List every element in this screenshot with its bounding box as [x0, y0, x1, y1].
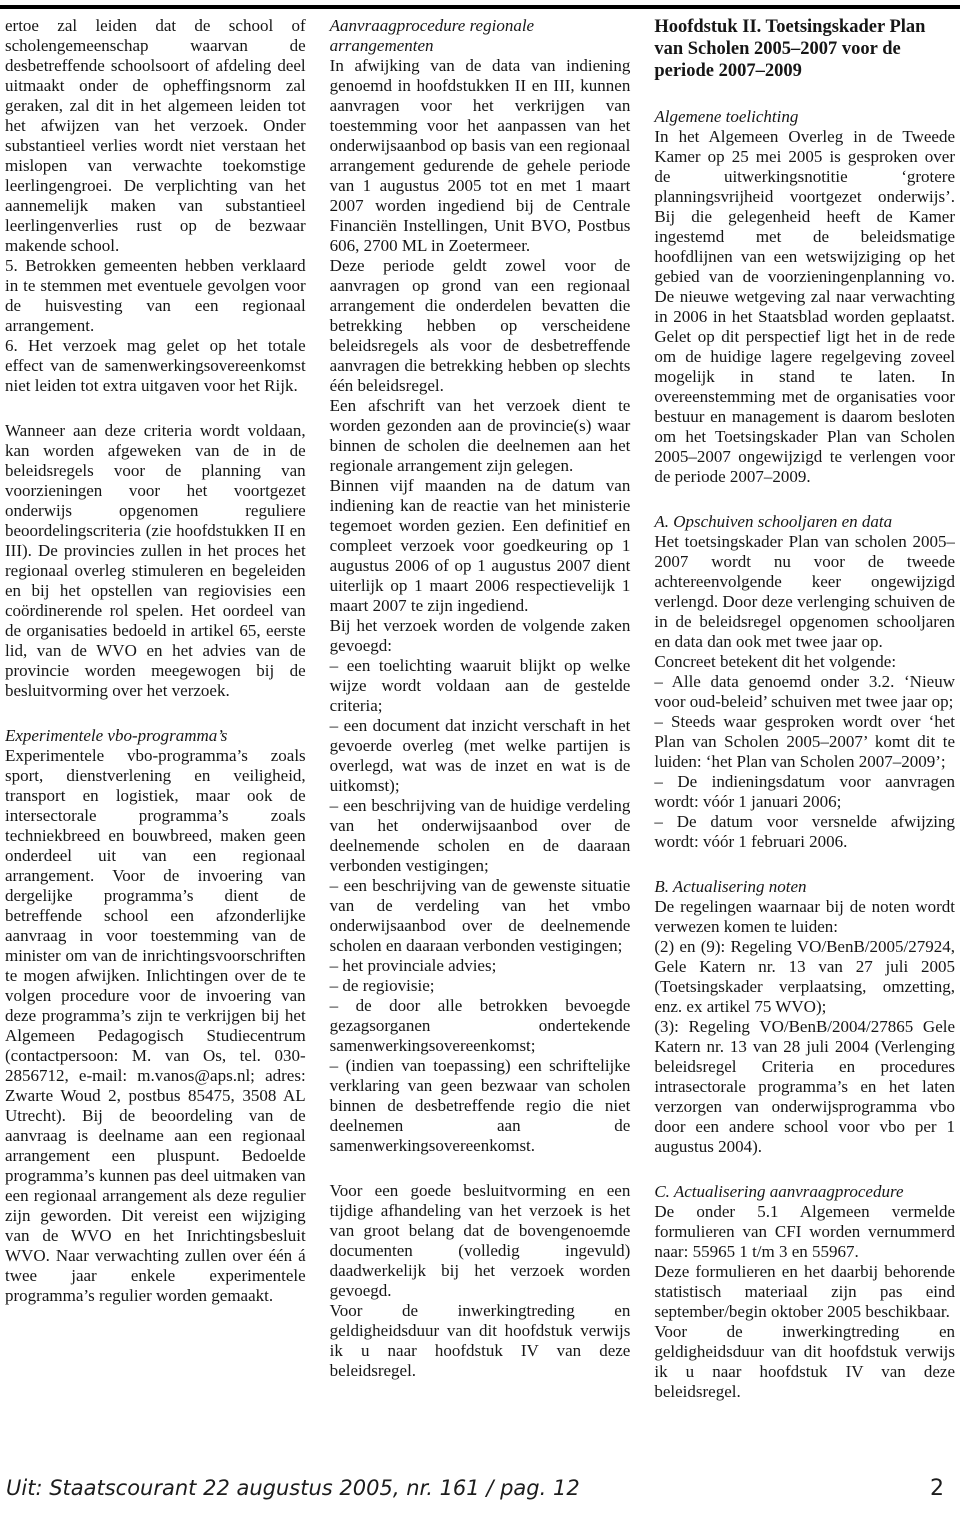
paragraph: 5. Betrokken gemeenten hebben verklaard … — [5, 256, 306, 336]
paragraph: Voor de inwerkingtreding en geldigheidsd… — [330, 1301, 631, 1381]
paragraph: In het Algemeen Overleg in de Tweede Kam… — [654, 127, 955, 487]
section-heading: C. Actualisering aanvraagprocedure — [654, 1182, 955, 1202]
paragraph-gap — [654, 487, 955, 512]
paragraph: (2) en (9): Regeling VO/BenB/2005/27924,… — [654, 937, 955, 1017]
paragraph: Deze periode geldt zowel voor de aanvrag… — [330, 256, 631, 396]
paragraph: Voor een goede besluitvorming en een tij… — [330, 1181, 631, 1301]
paragraph: – Alle data genoemd onder 3.2. ‘Nieuw vo… — [654, 672, 955, 712]
paragraph: De regelingen waarnaar bij de noten word… — [654, 897, 955, 937]
section-heading: B. Actualisering noten — [654, 877, 955, 897]
paragraph: – Steeds waar gesproken wordt over ‘het … — [654, 712, 955, 772]
paragraph-gap — [654, 852, 955, 877]
paragraph: Voor de inwerkingtreding en geldigheidsd… — [654, 1322, 955, 1402]
paragraph: – een toelichting waaruit blijkt op welk… — [330, 656, 631, 716]
paragraph: – een beschrijving van de huidige verdel… — [330, 796, 631, 876]
paragraph: – de regiovisie; — [330, 976, 631, 996]
paragraph-gap — [654, 82, 955, 107]
paragraph: Concreet betekent dit het volgende: — [654, 652, 955, 672]
paragraph: Een afschrift van het verzoek dient te w… — [330, 396, 631, 476]
paragraph-gap — [5, 701, 306, 726]
section-heading: Experimentele vbo-programma’s — [5, 726, 306, 746]
section-heading: A. Opschuiven schooljaren en data — [654, 512, 955, 532]
paragraph: 6. Het verzoek mag gelet op het totale e… — [5, 336, 306, 396]
section-heading: Algemene toelichting — [654, 107, 955, 127]
page-number: 2 — [930, 1476, 944, 1501]
footer-source-line: Uit: Staatscourant 22 augustus 2005, nr.… — [6, 1476, 580, 1500]
paragraph: Het toetsingskader Plan van scholen 2005… — [654, 532, 955, 652]
column-right: Hoofdstuk II. Toetsingskader Plan van Sc… — [654, 16, 955, 1445]
paragraph: Experimentele vbo-programma’s zoals spor… — [5, 746, 306, 1306]
paragraph-gap — [330, 1156, 631, 1181]
text-columns: ertoe zal leiden dat de school of schole… — [5, 16, 955, 1445]
paragraph-gap — [654, 1157, 955, 1182]
chapter-heading: Hoofdstuk II. Toetsingskader Plan van Sc… — [654, 16, 955, 82]
paragraph: – De indieningsdatum voor aanvragen word… — [654, 772, 955, 812]
page-footer: Uit: Staatscourant 22 augustus 2005, nr.… — [6, 1476, 944, 1501]
document-page: ertoe zal leiden dat de school of schole… — [0, 0, 960, 1515]
paragraph: – een beschrijving van de gewenste situa… — [330, 876, 631, 956]
column-middle: Aanvraagprocedure regionale arrangemente… — [330, 16, 631, 1445]
paragraph: ertoe zal leiden dat de school of schole… — [5, 16, 306, 256]
paragraph: Deze formulieren en het daarbij behorend… — [654, 1262, 955, 1322]
column-left: ertoe zal leiden dat de school of schole… — [5, 16, 306, 1445]
paragraph: – het provinciale advies; — [330, 956, 631, 976]
paragraph: – een document dat inzicht verschaft in … — [330, 716, 631, 796]
paragraph: Binnen vijf maanden na de datum van indi… — [330, 476, 631, 616]
section-heading: Aanvraagprocedure regionale arrangemente… — [330, 16, 631, 56]
paragraph: Bij het verzoek worden de volgende zaken… — [330, 616, 631, 656]
paragraph: – de door alle betrokken bevoegde gezags… — [330, 996, 631, 1056]
paragraph: In afwijking van de data van indiening g… — [330, 56, 631, 256]
paragraph-gap — [5, 396, 306, 421]
paragraph: Wanneer aan deze criteria wordt voldaan,… — [5, 421, 306, 701]
paragraph: – De datum voor versnelde afwijzing word… — [654, 812, 955, 852]
paragraph: – (indien van toepassing) een schrifteli… — [330, 1056, 631, 1156]
paragraph: (3): Regeling VO/BenB/2004/27865 Gele Ka… — [654, 1017, 955, 1157]
paragraph: De onder 5.1 Algemeen vermelde formulier… — [654, 1202, 955, 1262]
top-rule — [0, 5, 960, 9]
